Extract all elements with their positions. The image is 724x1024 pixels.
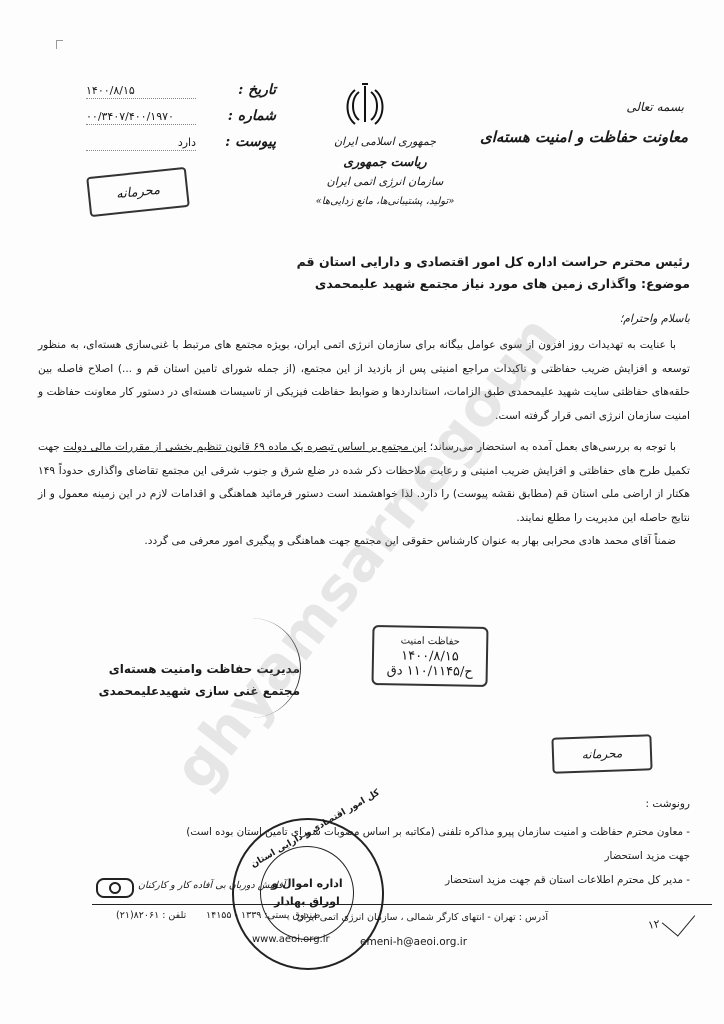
date-row: تاریخ : ۱۴۰۰/۸/۱۵: [86, 82, 276, 108]
footer-email[interactable]: emeni-h@aeoi.org.ir: [360, 936, 467, 948]
number-label: شماره :: [228, 108, 276, 124]
footer-website[interactable]: www.aeoi.org.ir: [252, 934, 330, 945]
government-heading: جمهوری اسلامی ایران ریاست جمهوری سازمان …: [300, 132, 470, 212]
iran-emblem-icon: [345, 82, 385, 128]
basmala: بسمه تعالی: [626, 100, 684, 114]
paragraph-2-underlined: این مجتمع بر اساس تبصره یک ماده ۶۹ قانون…: [63, 441, 426, 453]
paragraph-1: با عنایت به تهدیدات روز افزون از سوی عوا…: [38, 334, 690, 428]
addressee: رئیس محترم حراست اداره کل امور اقتصادی و…: [297, 254, 690, 269]
registration-stamp-title: حفاظت امنیت: [401, 633, 460, 649]
number-value: ۰۰/۳۴۰۷/۴۰۰/۱۹۷۰: [86, 110, 196, 125]
scan-corner-mark: [56, 40, 63, 49]
page-mark: ۱۲: [647, 917, 661, 932]
checkmark-icon: [662, 902, 695, 936]
cc-title: رونوشت :: [646, 798, 690, 810]
number-row: شماره : ۰۰/۳۴۰۷/۴۰۰/۱۹۷۰: [86, 108, 276, 134]
attachment-label: پیوست :: [225, 134, 276, 150]
footer-divider: [92, 904, 712, 905]
registration-stamp-date: ۱۴۰۰/۸/۱۵: [401, 648, 459, 664]
department-title: معاونت حفاظت و امنیت هسته‌ای: [480, 128, 688, 146]
confidential-stamp: محرمانه: [86, 167, 190, 217]
gov-line-1: جمهوری اسلامی ایران: [300, 132, 470, 152]
footer-slogan: آفاتیش دوربان بی آفاده کار و کارکنان: [138, 880, 285, 891]
cc-item-1: - معاون محترم حفاظت و امنیت سازمان پیرو …: [50, 820, 690, 844]
seal-line-2: اوراق بهادار: [274, 893, 340, 911]
letter-meta: تاریخ : ۱۴۰۰/۸/۱۵ شماره : ۰۰/۳۴۰۷/۴۰۰/۱۹…: [86, 82, 276, 160]
gov-line-3: سازمان انرژی اتمی ایران: [300, 172, 470, 192]
seal-center: اداره اموال و اوراق بهادار: [260, 846, 354, 940]
attachment-value: دارد: [86, 136, 196, 151]
gov-line-4: «تولید، پشتیبانی‌ها، مانع زدایی‌ها»: [300, 192, 470, 212]
greeting: باسلام واحترام؛: [620, 312, 690, 325]
registration-stamp-number: ح/۱۱۰/۱۱۴۵ دق: [387, 663, 473, 679]
footer-logo-icon: [96, 878, 134, 898]
confidential-stamp-2: محرمانه: [551, 734, 652, 773]
date-label: تاریخ :: [238, 82, 276, 98]
attachment-row: پیوست : دارد: [86, 134, 276, 160]
subject: موضوع: واگذاری زمین های مورد نیاز مجتمع …: [315, 276, 690, 291]
footer-address: آدرس : تهران - انتهای کارگر شمالی ، سازم…: [297, 912, 548, 923]
gov-line-2: ریاست جمهوری: [300, 152, 470, 172]
date-value: ۱۴۰۰/۸/۱۵: [86, 84, 196, 99]
letter-page: تاریخ : ۱۴۰۰/۸/۱۵ شماره : ۰۰/۳۴۰۷/۴۰۰/۱۹…: [0, 0, 724, 1024]
registration-stamp: حفاظت امنیت ۱۴۰۰/۸/۱۵ ح/۱۱۰/۱۱۴۵ دق: [371, 625, 488, 687]
footer-phone: تلفن : ۸۲۰۶۱(۲۱): [116, 910, 186, 921]
